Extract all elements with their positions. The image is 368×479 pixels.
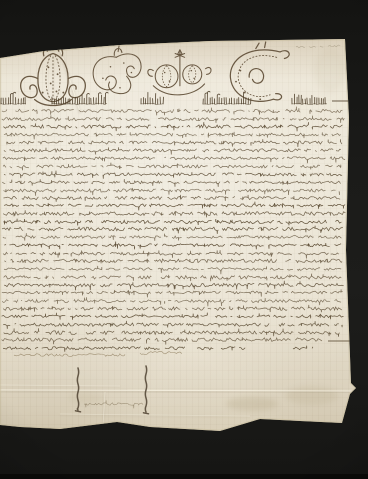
pencil-shelfmark bbox=[296, 45, 340, 48]
photo-mount-background bbox=[0, 0, 368, 479]
photo-edge-strip bbox=[0, 474, 368, 479]
manuscript-ink-layer bbox=[0, 0, 368, 479]
handwritten-text-block bbox=[2, 107, 351, 352]
signature-line bbox=[14, 351, 182, 356]
parchment-edge-shading bbox=[0, 39, 356, 431]
elongated-display-script bbox=[1, 91, 352, 105]
